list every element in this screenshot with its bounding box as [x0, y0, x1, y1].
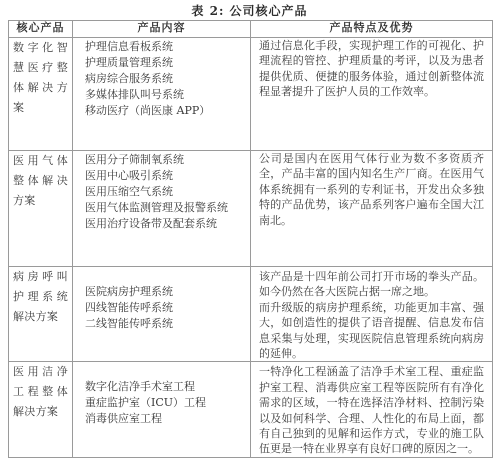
table-row: 医用气体整体解决方案 医用分子筛制氧系统 医用中心吸引系统 医用压缩空气系统 医… [9, 151, 493, 267]
content-item: 移动医疗（尚医康 APP） [85, 102, 250, 118]
product-content-cell: 护理信息看板系统 护理质量管理系统 病房综合服务系统 多媒体排队叫号系统 移动医… [73, 38, 251, 151]
content-item: 护理质量管理系统 [85, 54, 250, 70]
product-name-cell: 数字化智慧医疗整体解决方案 [9, 38, 73, 151]
features-cell: 通过信息化手段，实现护理工作的可视化、护理流程的管控、护理质量的考评，以及为患者… [251, 38, 493, 151]
product-name: 医用气体整体解决方案 [9, 151, 72, 211]
content-item: 医用气体监测管理及报警系统 [85, 199, 250, 215]
content-item: 医用分子筛制氧系统 [85, 151, 250, 167]
core-products-table: 核心产品 产品内容 产品特点及优势 数字化智慧医疗整体解决方案 护理信息看板系统… [8, 20, 493, 458]
product-name-cell: 医用气体整体解决方案 [9, 151, 73, 267]
header-row: 核心产品 产品内容 产品特点及优势 [9, 21, 493, 38]
features-paragraph: 该产品是十四年前公司打开市场的拳头产品。如今仍然在各大医院占据一席之地。 [259, 269, 484, 300]
header-product-content: 产品内容 [73, 21, 251, 38]
features-cell: 该产品是十四年前公司打开市场的拳头产品。如今仍然在各大医院占据一席之地。 而升级… [251, 267, 493, 362]
features-paragraph: 而升级版的病房护理系统，功能更加丰富、强大，如创造性的提供了语音提醒、信息发布信… [259, 300, 484, 362]
table-title: 表 2: 公司核心产品 [0, 2, 499, 19]
content-item: 医用压缩空气系统 [85, 183, 250, 199]
product-name: 数字化智慧医疗整体解决方案 [9, 38, 72, 118]
content-item: 护理信息看板系统 [85, 38, 250, 54]
features-paragraph: 通过信息化手段，实现护理工作的可视化、护理流程的管控、护理质量的考评，以及为患者… [259, 38, 484, 100]
features-paragraph: 公司是国内在医用气体行业为数不多资质齐全，产品丰富的国内知名生产厂商。在医用气体… [259, 151, 484, 228]
content-item: 数字化洁净手术室工程 [85, 379, 250, 395]
content-item: 四线智能传呼系统 [85, 300, 250, 316]
content-item: 医用治疗设备带及配套系统 [85, 215, 250, 231]
table-row: 数字化智慧医疗整体解决方案 护理信息看板系统 护理质量管理系统 病房综合服务系统… [9, 38, 493, 151]
product-name: 病房呼叫护理系统解决方案 [9, 267, 72, 327]
product-content-cell: 医院病房护理系统 四线智能传呼系统 二线智能传呼系统 [73, 267, 251, 362]
content-item: 医用中心吸引系统 [85, 167, 250, 183]
table-row: 医用洁净工程整体解决方案 数字化洁净手术室工程 重症监护室（ICU）工程 消毒供… [9, 362, 493, 457]
header-core-product: 核心产品 [9, 21, 73, 38]
header-features: 产品特点及优势 [251, 21, 493, 38]
content-item: 二线智能传呼系统 [85, 316, 250, 332]
table-row: 病房呼叫护理系统解决方案 医院病房护理系统 四线智能传呼系统 二线智能传呼系统 … [9, 267, 493, 362]
product-content-cell: 数字化洁净手术室工程 重症监护室（ICU）工程 消毒供应室工程 [73, 362, 251, 457]
content-item: 重症监护室（ICU）工程 [85, 395, 250, 411]
features-cell: 一特净化工程涵盖了洁净手术室工程、重症监护室工程、消毒供应室工程等医院所有有净化… [251, 362, 493, 457]
content-item: 医院病房护理系统 [85, 284, 250, 300]
product-name-cell: 医用洁净工程整体解决方案 [9, 362, 73, 457]
features-paragraph: 一特净化工程涵盖了洁净手术室工程、重症监护室工程、消毒供应室工程等医院所有有净化… [259, 364, 484, 456]
features-cell: 公司是国内在医用气体行业为数不多资质齐全，产品丰富的国内知名生产厂商。在医用气体… [251, 151, 493, 267]
product-name-cell: 病房呼叫护理系统解决方案 [9, 267, 73, 362]
product-name: 医用洁净工程整体解决方案 [9, 362, 72, 422]
content-item: 消毒供应室工程 [85, 411, 250, 427]
document-page: 表 2: 公司核心产品 核心产品 产品内容 产品特点及优势 数字化智慧医疗整体解… [0, 0, 499, 462]
product-content-cell: 医用分子筛制氧系统 医用中心吸引系统 医用压缩空气系统 医用气体监测管理及报警系… [73, 151, 251, 267]
content-item: 多媒体排队叫号系统 [85, 86, 250, 102]
content-item: 病房综合服务系统 [85, 70, 250, 86]
